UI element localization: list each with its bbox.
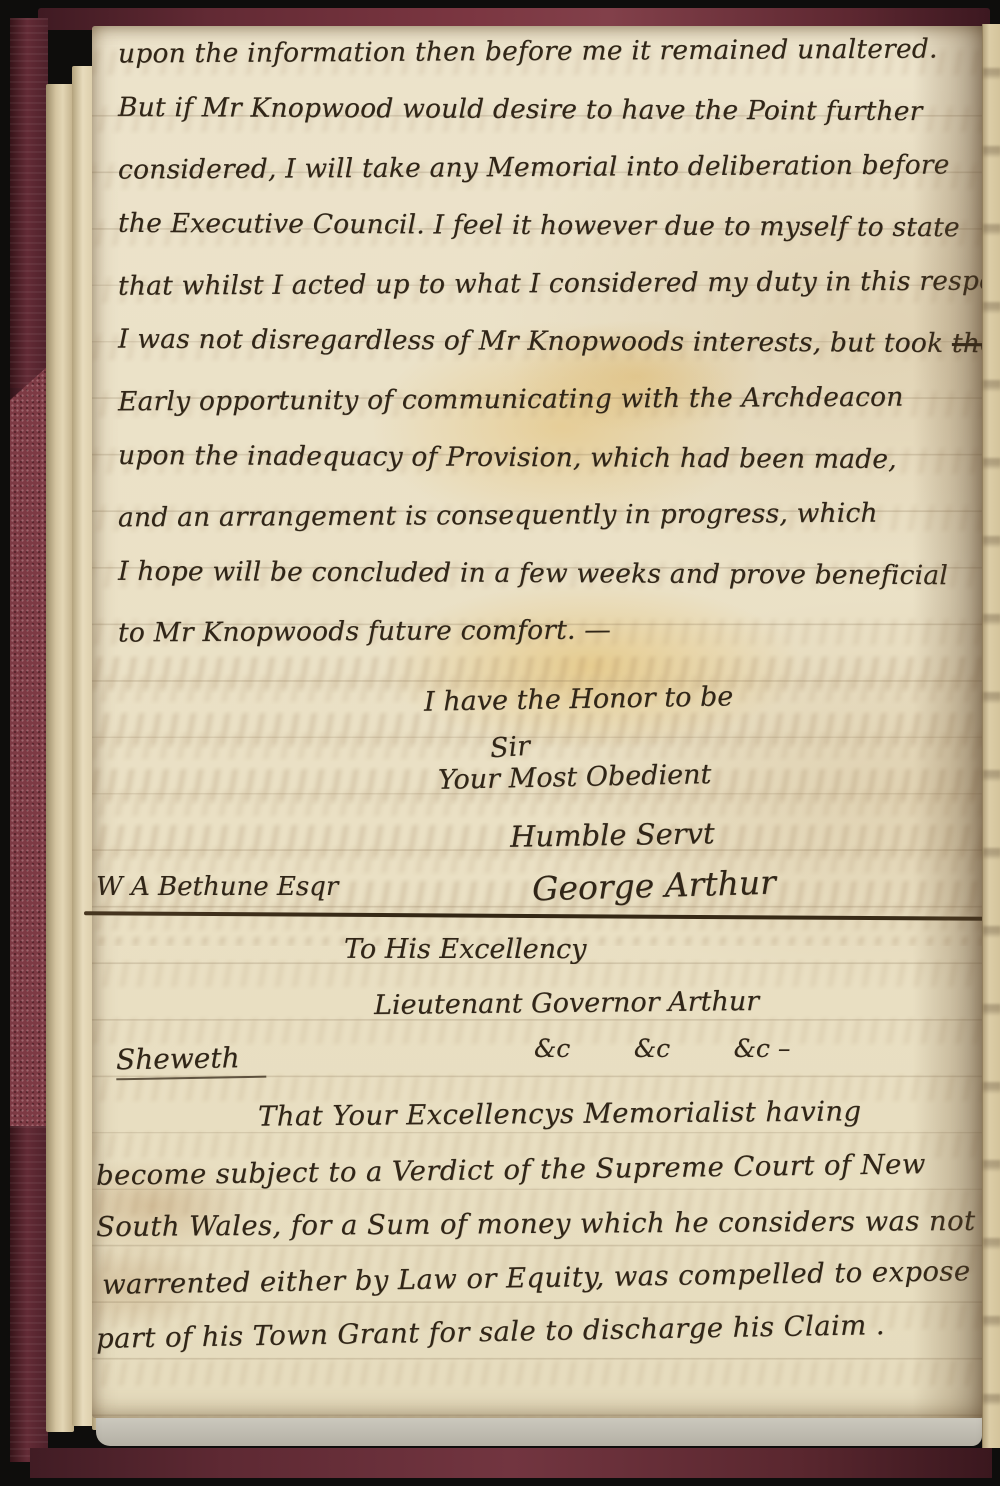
manuscript-line: considered, I will take any Memorial int… xyxy=(118,149,950,185)
memorial-line: That Your Excellencys Memorialist having xyxy=(258,1095,862,1132)
letter-closing-line: Sir xyxy=(489,731,531,765)
manuscript-line: and an arrangement is consequently in pr… xyxy=(118,498,878,534)
sheweth-label: Sheweth xyxy=(116,1041,266,1081)
memorial-line: warrented either by Law or Equity, was c… xyxy=(102,1255,971,1301)
page-stack-edge xyxy=(46,84,74,1432)
leather-corner-bottom xyxy=(10,1126,48,1462)
manuscript-line-with-strikethrough: I was not disregardless of Mr Knopwoods … xyxy=(118,324,1000,360)
leather-corner-top xyxy=(10,18,48,388)
line-text: I was not disregardless of Mr Knopwoods … xyxy=(118,324,952,359)
memorial-line: become subject to a Verdict of the Supre… xyxy=(96,1148,926,1192)
letter-closing-line: Humble Servt xyxy=(510,816,715,854)
book-binding-spine xyxy=(10,18,48,1462)
letter-closing-line: I have the Honor to be xyxy=(424,681,734,717)
manuscript-line: Early opportunity of communicating with … xyxy=(118,382,904,418)
section-divider-rule xyxy=(84,911,988,921)
memorial-line: part of his Town Grant for sale to disch… xyxy=(96,1309,885,1355)
manuscript-line: upon the information then before me it r… xyxy=(118,33,938,69)
manuscript-line: But if Mr Knopwood would desire to have … xyxy=(118,92,923,127)
etcetera-marks: &c &c &c – xyxy=(534,1034,790,1063)
memorial-salutation-line: Lieutenant Governor Arthur xyxy=(374,986,759,1021)
manuscript-line: that whilst I acted up to what I conside… xyxy=(118,265,1000,302)
manuscript-line: to Mr Knopwoods future comfort. — xyxy=(118,614,611,648)
memorial-salutation-line: To His Excellency xyxy=(344,934,586,965)
next-page-ink-fragments xyxy=(983,24,1000,1448)
manuscript-line: I hope will be concluded in a few weeks … xyxy=(118,556,948,591)
cloth-board-middle xyxy=(10,348,48,1168)
addressee-name: W A Bethune Esqr xyxy=(96,872,338,902)
book-binding-bottom-edge xyxy=(30,1448,992,1478)
memorial-line: South Wales, for a Sum of money which he… xyxy=(96,1205,976,1243)
manuscript-line: the Executive Council. I feel it however… xyxy=(118,208,960,243)
next-page-edge xyxy=(982,24,1000,1448)
manuscript-page: upon the information then before me it r… xyxy=(92,26,984,1418)
signature-george-arthur: George Arthur xyxy=(532,863,777,909)
letter-closing-line: Your Most Obedient xyxy=(438,759,712,796)
manuscript-line: upon the inadequacy of Provision, which … xyxy=(118,440,897,475)
